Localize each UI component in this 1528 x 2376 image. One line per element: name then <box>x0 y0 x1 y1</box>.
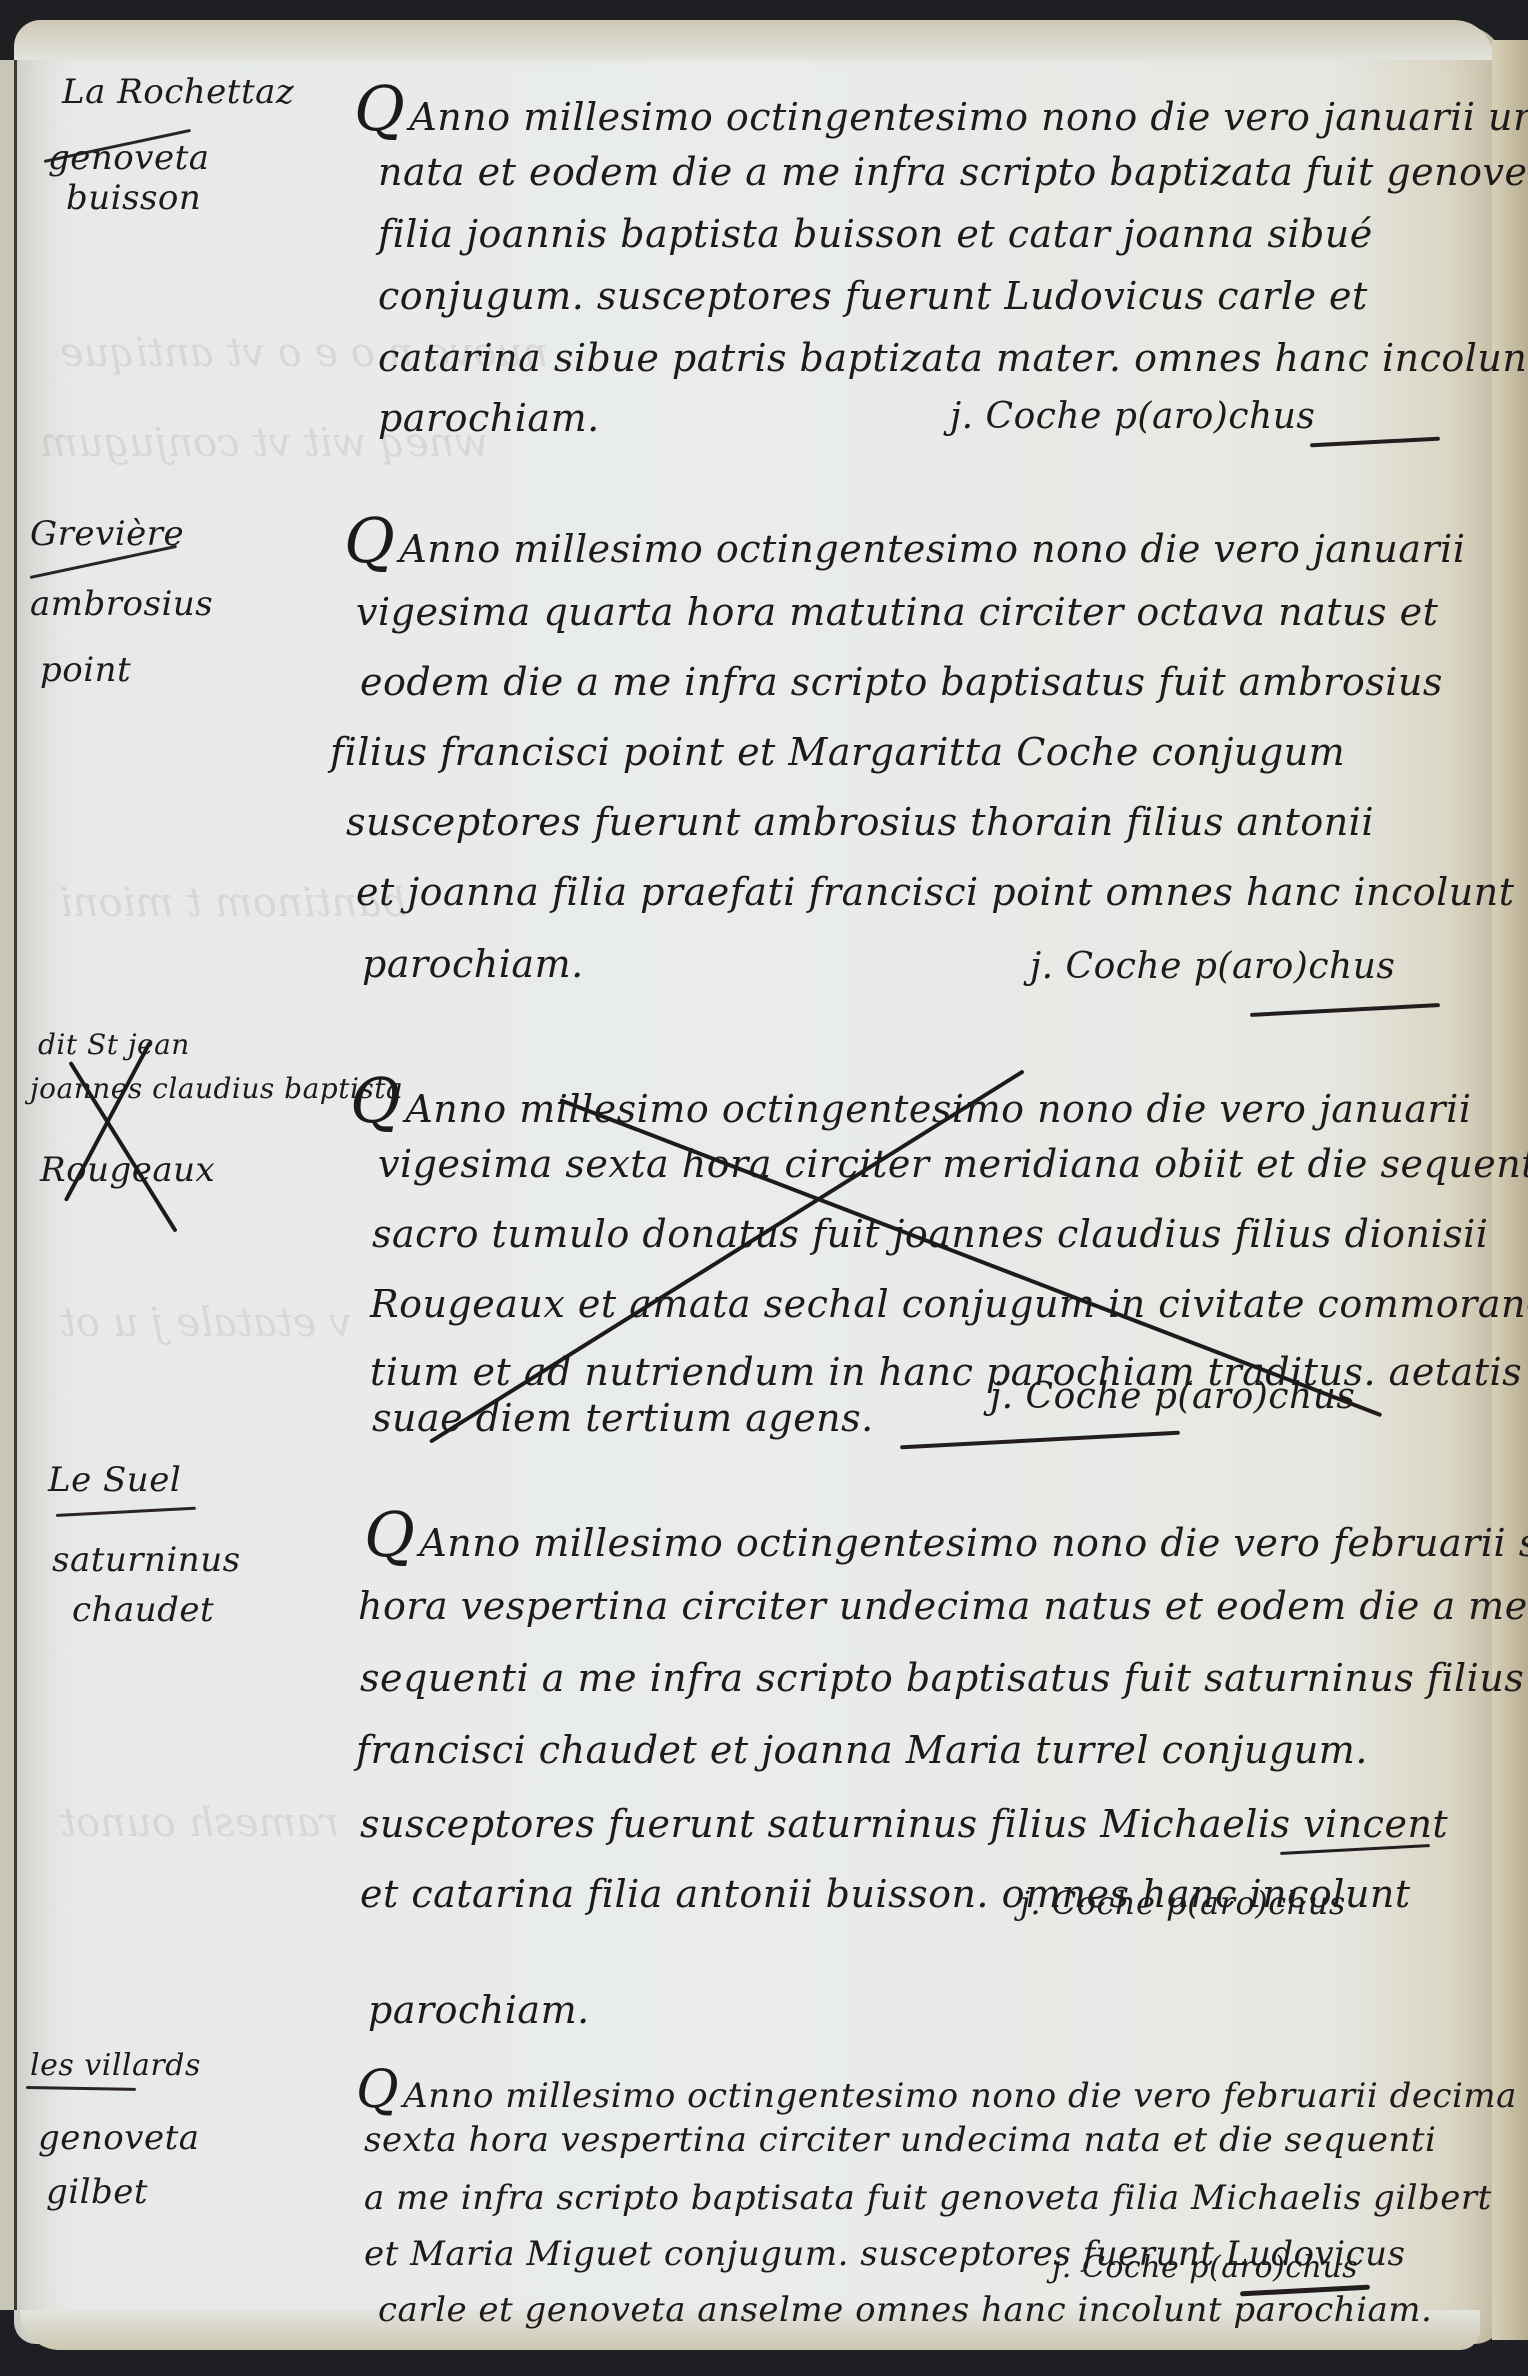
record-line: conjugum. susceptores fuerunt Ludovicus … <box>378 274 1368 318</box>
record-line: sacro tumulo donatus fuit joannes claudi… <box>372 1212 1488 1256</box>
priest-signature: j. Coche p(aro)chus <box>950 396 1315 437</box>
initial-letter: Q <box>350 1064 401 1137</box>
record-line: et joanna filia praefati francisci point… <box>356 870 1515 914</box>
initial-letter: Q <box>356 2060 399 2120</box>
record-line: parochiam. <box>368 1988 590 2032</box>
priest-signature: j. Coche p(aro)chus <box>1020 1884 1346 1922</box>
record-line: parochiam. <box>362 942 584 986</box>
record-line: QAnno millesimo octingentesimo nono die … <box>350 1064 1471 1137</box>
initial-letter: Q <box>364 1498 415 1571</box>
record-line: nata et eodem die a me infra scripto bap… <box>378 150 1528 194</box>
margin-surname: point <box>40 650 131 690</box>
bleed-through: bantinom t mioni <box>60 880 407 926</box>
record-line: susceptores fuerunt ambrosius thorain fi… <box>346 800 1374 844</box>
record-line: Rougeaux et amata sechal conjugum in civ… <box>370 1282 1528 1326</box>
record-line: sexta hora vespertina circiter undecima … <box>364 2120 1436 2160</box>
record-line: parochiam. <box>378 396 600 440</box>
margin-name: genoveta <box>38 2118 200 2158</box>
record-line: vigesima sexta hora circiter meridiana o… <box>378 1142 1528 1186</box>
priest-signature: j. Coche p(aro)chus <box>1030 946 1395 987</box>
margin-place: Le Suel <box>48 1460 181 1500</box>
margin-surname: chaudet <box>72 1590 214 1630</box>
margin-name: saturninus <box>52 1540 241 1580</box>
record-line: QAnno millesimo octingentesimo nono die … <box>356 2060 1517 2120</box>
page-top-edge <box>14 20 1494 60</box>
bleed-through: v etatale j u ot <box>60 1300 352 1346</box>
binding-gutter <box>14 60 17 2310</box>
margin-surname: buisson <box>66 178 201 218</box>
record-line: carle et genoveta anselme omnes hanc inc… <box>378 2290 1432 2330</box>
record-line: QAnno millesimo octingentesimo nono die … <box>364 1498 1528 1571</box>
margin-place: La Rochettaz <box>62 72 294 112</box>
page-right-edge <box>1492 40 1528 2340</box>
record-line: QAnno millesimo octingentesimo nono die … <box>354 72 1528 145</box>
initial-letter: Q <box>344 504 395 577</box>
priest-signature: j. Coche p(aro)chus <box>1052 2250 1358 2285</box>
record-line: vigesima quarta hora matutina circiter o… <box>356 590 1438 634</box>
margin-name: genoveta <box>48 138 210 178</box>
record-line: francisci chaudet et joanna Maria turrel… <box>356 1728 1368 1772</box>
record-line: QAnno millesimo octingentesimo nono die … <box>344 504 1465 577</box>
margin-name: ambrosius <box>30 584 213 624</box>
record-line: sequenti a me infra scripto baptisatus f… <box>360 1656 1524 1700</box>
record-line: susceptores fuerunt saturninus filius Mi… <box>360 1802 1448 1846</box>
record-line: eodem die a me infra scripto baptisatus … <box>360 660 1443 704</box>
margin-surname: gilbet <box>46 2172 148 2212</box>
record-line: a me infra scripto baptisata fuit genove… <box>364 2178 1492 2218</box>
initial-letter: Q <box>354 72 405 145</box>
record-line: hora vespertina circiter undecima natus … <box>358 1584 1528 1628</box>
bleed-through: ramesh ounot <box>60 1800 339 1846</box>
record-line: filia joannis baptista buisson et catar … <box>378 212 1373 256</box>
margin-place: les villards <box>30 2048 201 2083</box>
record-line: filius francisci point et Margaritta Coc… <box>330 730 1345 774</box>
facing-page-edge <box>0 60 14 2310</box>
margin-alias: dit St jean <box>38 1028 190 1061</box>
record-line: catarina sibue patris baptizata mater. o… <box>378 336 1528 380</box>
